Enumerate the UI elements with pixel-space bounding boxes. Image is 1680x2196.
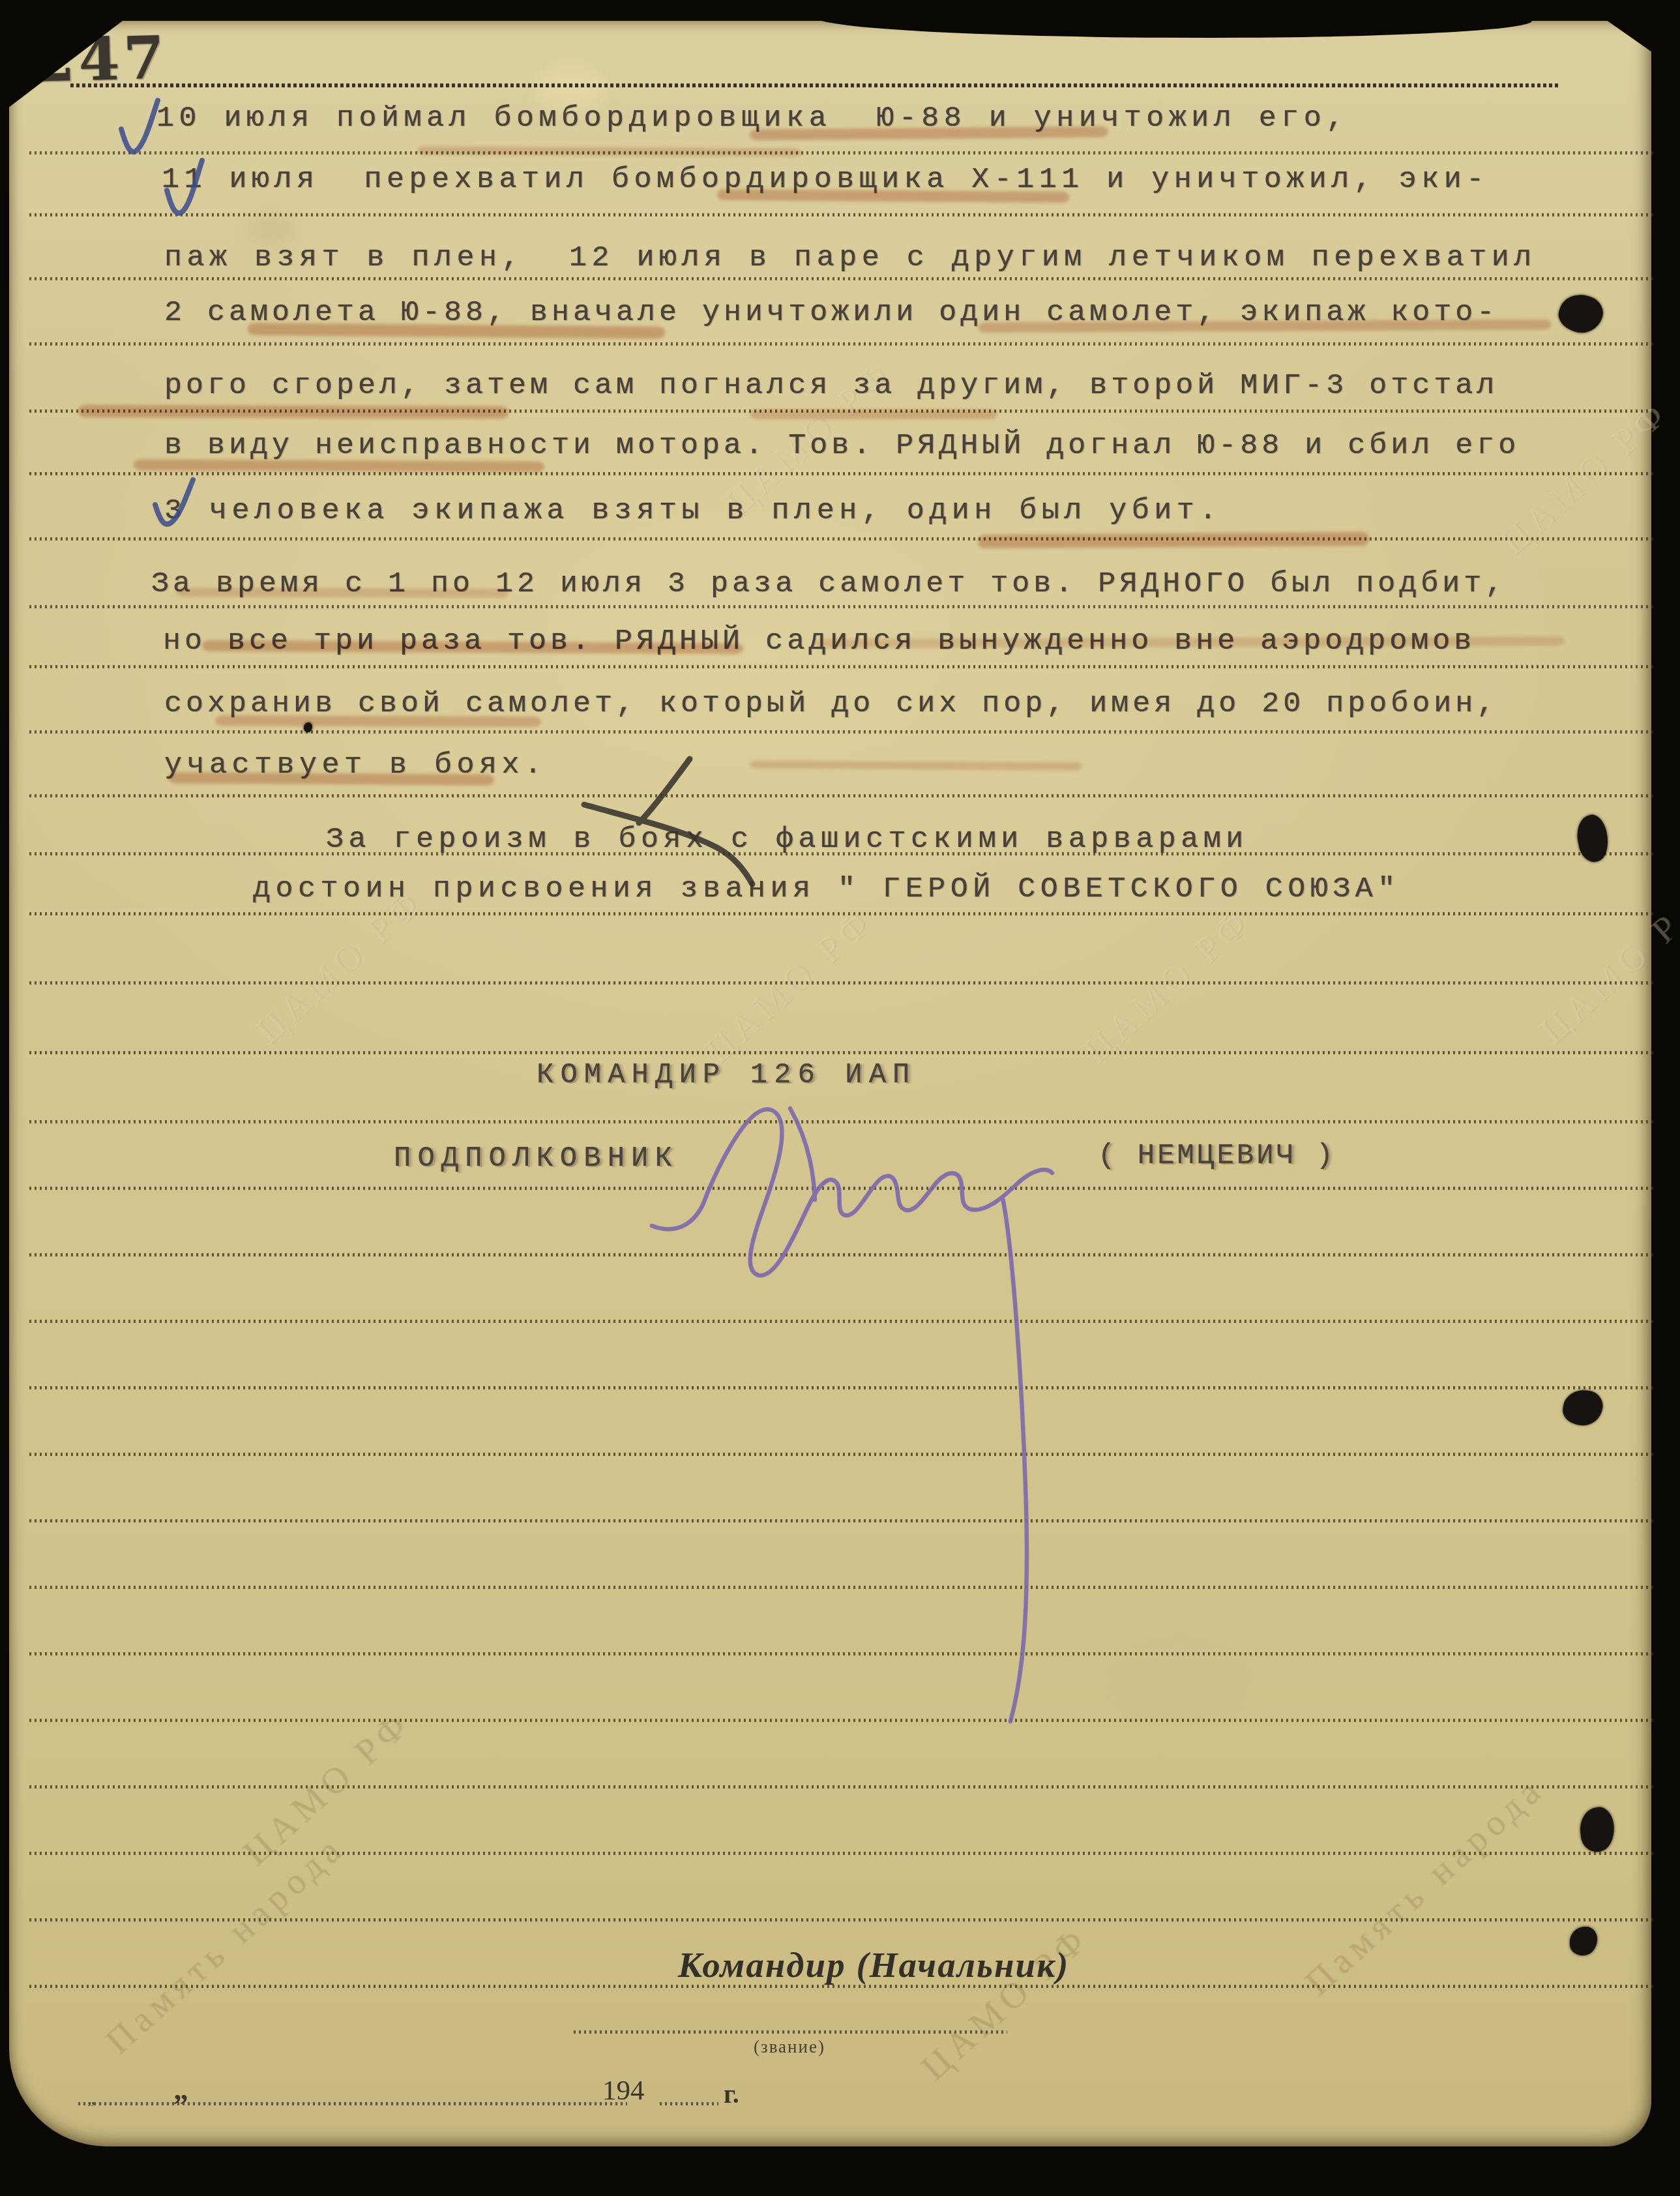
ruled-line (29, 665, 1656, 668)
crayon-mark (176, 587, 508, 598)
footer-year-prefix: 194 (602, 2075, 645, 2107)
ruled-line (29, 1253, 1656, 1256)
scan-edge-bottom (0, 2149, 1680, 2196)
commander-rank-line: ПОДПОЛКОВНИК (394, 1142, 679, 1175)
citation-line: достоин присвоения звания " ГЕРОЙ СОВЕТС… (253, 874, 1400, 904)
ruled-line (29, 1785, 1656, 1788)
ruled-line (660, 2102, 718, 2105)
ruled-line (29, 981, 1656, 985)
typed-line: рого сгорел, затем сам погнался за други… (164, 370, 1498, 401)
ruled-line (29, 151, 1656, 155)
ruled-line (29, 537, 1656, 541)
ruled-line (29, 1918, 1656, 1921)
ruled-line (29, 794, 1656, 797)
typed-line: сохранив свой самолет, который до сих по… (164, 689, 1498, 719)
ruled-line (574, 2030, 1007, 2034)
ruled-line (29, 730, 1656, 734)
ruled-line (29, 912, 1656, 915)
ruled-line (29, 1586, 1656, 1589)
scan-edge-right (1668, 0, 1680, 2196)
ruled-line (29, 1852, 1656, 1855)
crayon-mark (750, 409, 997, 419)
ruled-line (29, 1120, 1656, 1123)
footer-rank-caption: (звание) (754, 2037, 825, 2057)
ruled-line (29, 1187, 1656, 1190)
scanned-document: ЦАМО РФЦАМО РФЦАМО РФЦАМО РФЦАМО РФЦАМО … (0, 0, 1680, 2196)
crayon-mark (78, 405, 508, 419)
ruled-line (29, 342, 1656, 346)
typed-line: 10 июля поймал бомбордировщика Ю-88 и ун… (156, 103, 1349, 134)
citation-line: За героизм в боях с фашистскими варварам… (326, 824, 1248, 855)
commander-surname: ( НЕМЦЕВИЧ ) (1098, 1140, 1336, 1172)
footer-commander-label: Командир (Начальник) (678, 1944, 1069, 1985)
ruled-line (29, 1519, 1656, 1522)
ruled-line (29, 472, 1656, 475)
ruled-line (78, 2102, 627, 2105)
footer-left-mark: „ (87, 2089, 95, 2109)
ruled-line (29, 1051, 1656, 1054)
scan-edge-left (0, 0, 9, 2196)
commander-unit-line: КОМАНДИР 126 ИАП (537, 1059, 916, 1091)
ruled-line (29, 1386, 1656, 1389)
typed-line: паж взят в плен, 12 июля в паре с другим… (164, 243, 1537, 273)
ruled-line (29, 277, 1656, 280)
ruled-line (29, 213, 1656, 216)
ruled-line (70, 83, 1558, 87)
crayon-mark (134, 459, 544, 472)
paper-stain (1108, 1630, 1252, 1715)
ruled-line (29, 1652, 1656, 1655)
crayon-mark (168, 772, 494, 785)
ruled-line (29, 605, 1656, 608)
footer-open-quote: „ (173, 2072, 188, 2107)
footer-year-suffix: г. (724, 2079, 739, 2109)
typed-line: в виду неисправности мотора. Тов. РЯДНЫЙ… (164, 430, 1520, 461)
typed-line: 3 человека экипажа взяты в плен, один бы… (164, 496, 1222, 526)
ruled-line (29, 1719, 1656, 1722)
ruled-line (29, 1320, 1656, 1323)
crayon-mark (978, 532, 1369, 548)
crayon-mark (215, 715, 541, 727)
ruled-line (29, 1453, 1656, 1456)
